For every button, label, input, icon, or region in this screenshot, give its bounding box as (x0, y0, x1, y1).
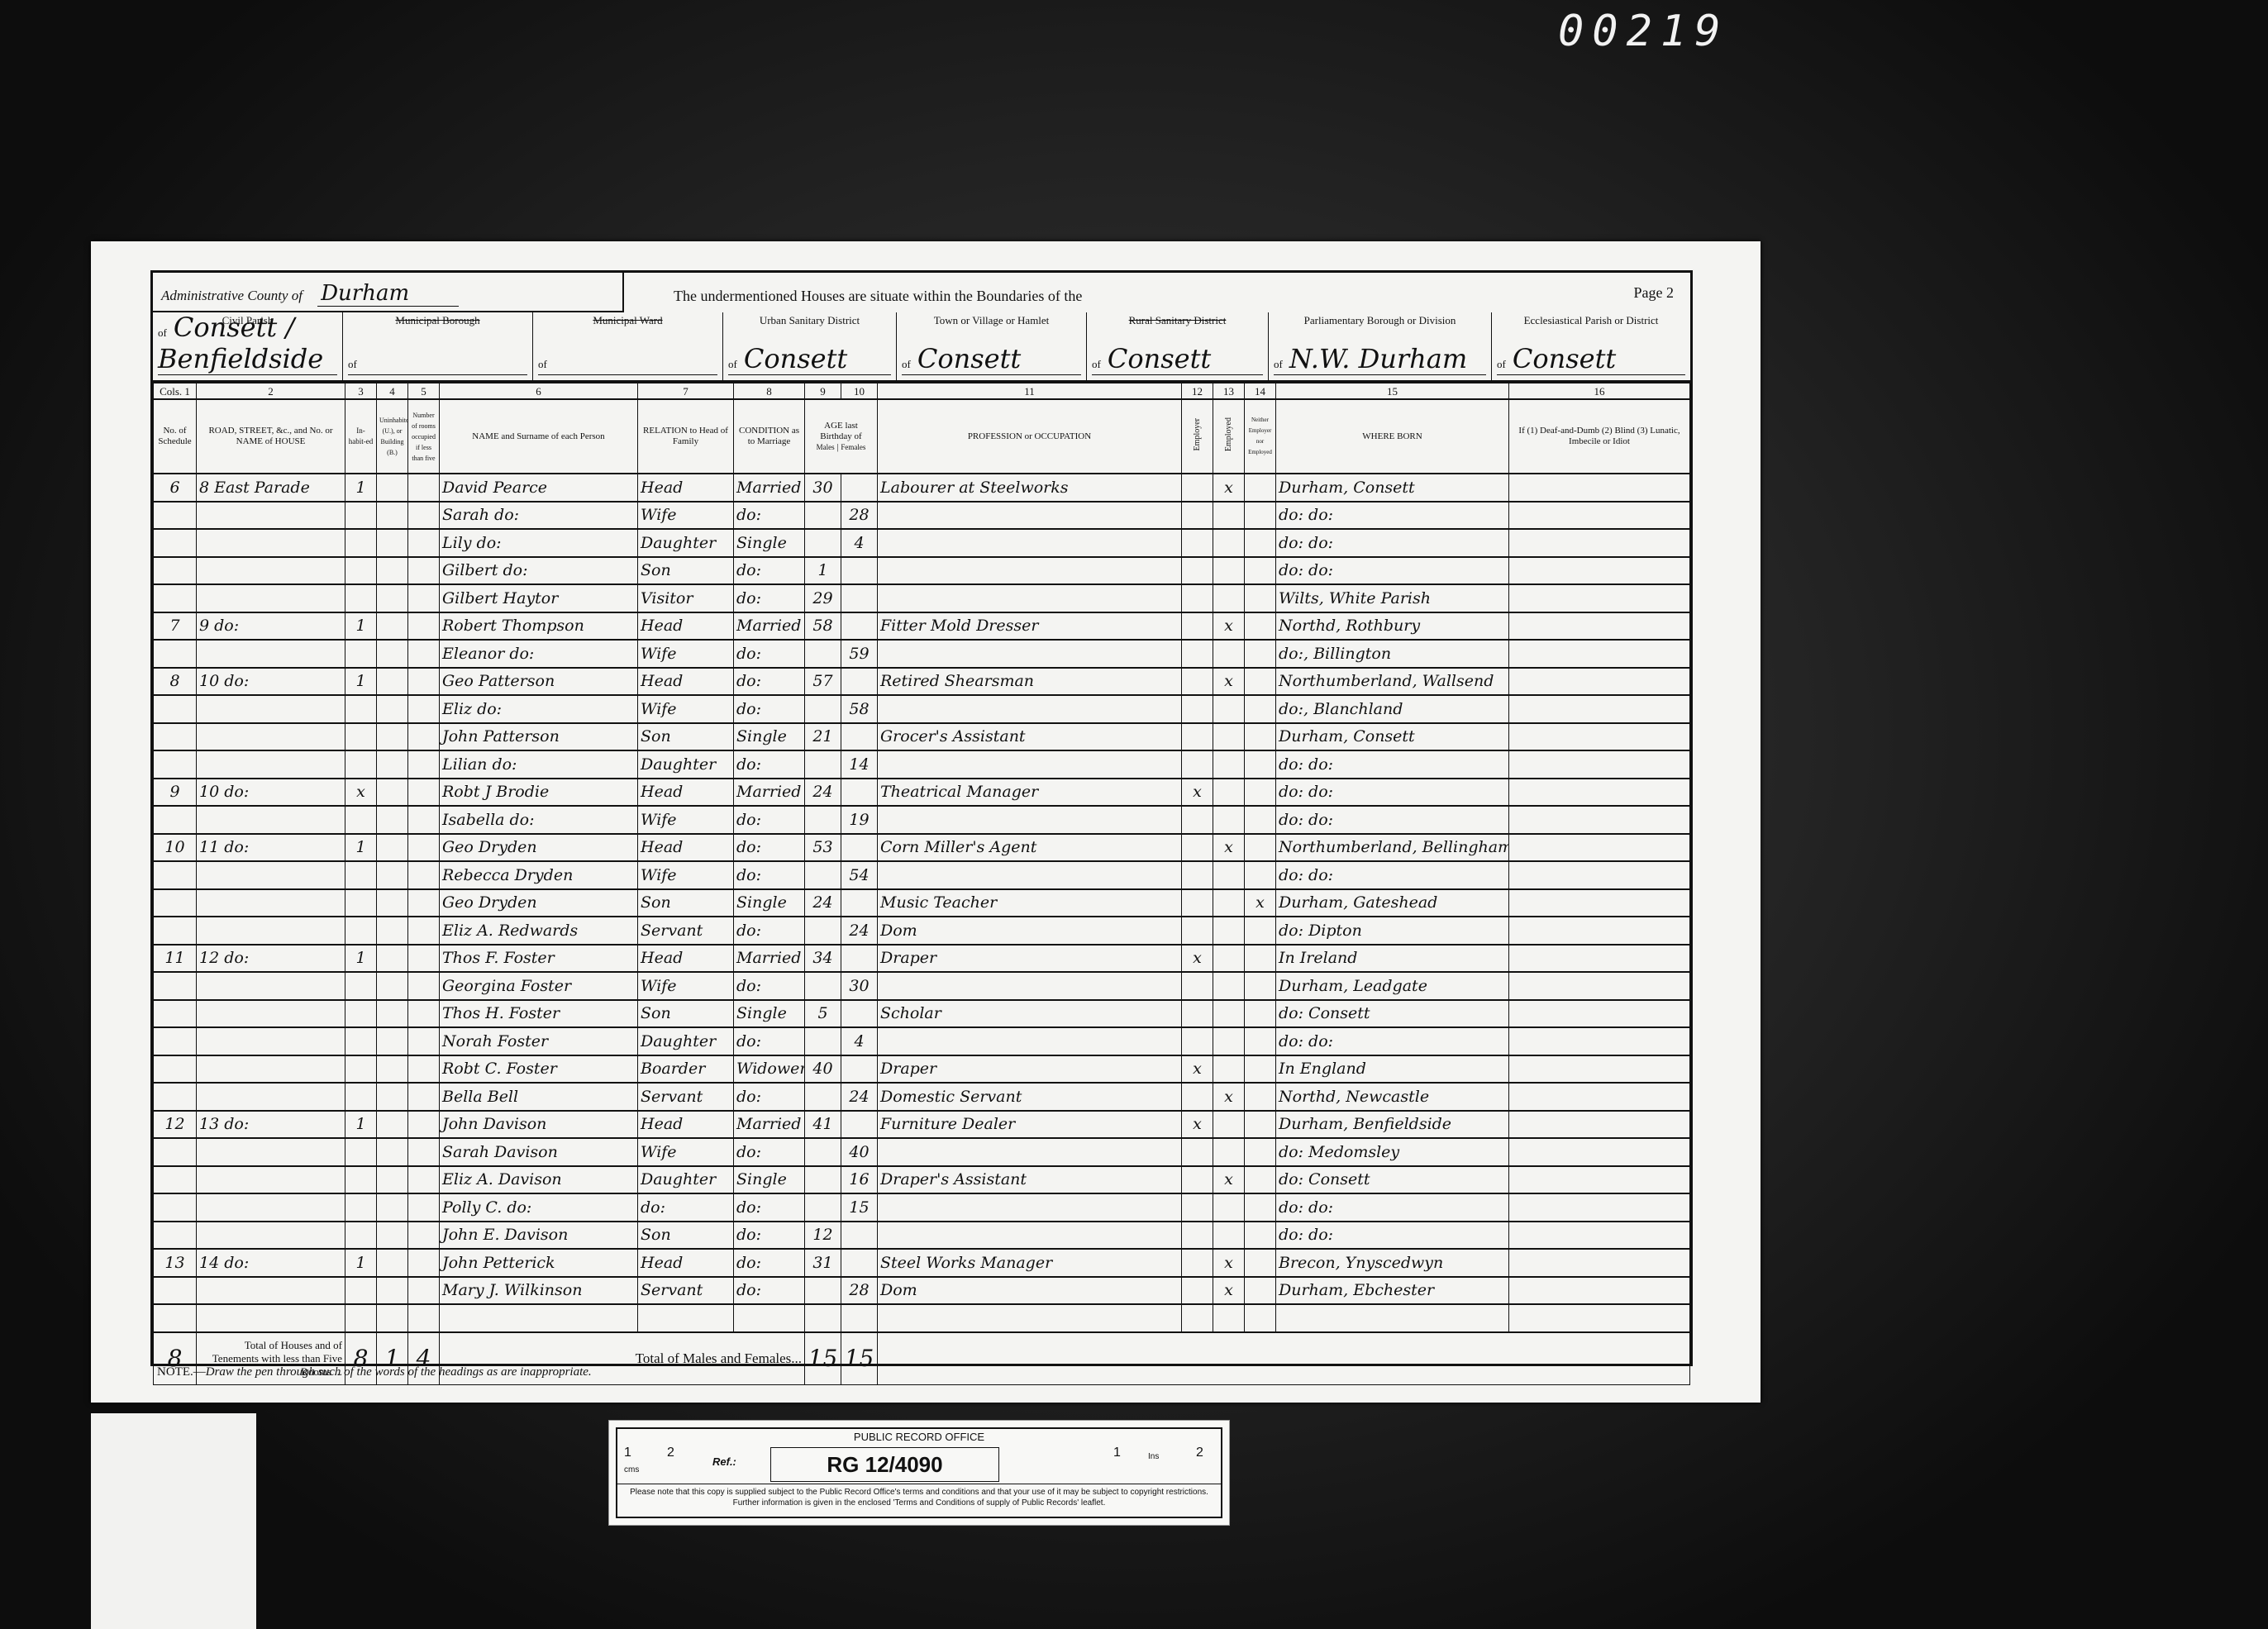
cell-infirmity (1509, 1193, 1690, 1222)
cell-neither (1245, 750, 1276, 779)
cell-relation: Wife (638, 861, 734, 889)
cell-female-age (841, 779, 878, 807)
side-paper-strip (91, 1413, 256, 1629)
census-sheet: Administrative County of Durham The unde… (91, 241, 1761, 1403)
cell-relation: Daughter (638, 1027, 734, 1055)
cell-female-age: 28 (841, 502, 878, 530)
cell-employer (1182, 1138, 1213, 1166)
cell-rooms (408, 889, 440, 917)
cell-employer: x (1182, 945, 1213, 973)
census-row: Sarah do:Wifedo:28do: do: (154, 502, 1690, 530)
cell-employed (1213, 502, 1245, 530)
cell-occupation: Dom (878, 1277, 1182, 1305)
cell-name: Sarah Davison (440, 1138, 638, 1166)
cell-inhabited (345, 1166, 377, 1194)
cell-employer (1182, 1304, 1213, 1332)
census-row: 1011 do:1Geo DrydenHeaddo:53Corn Miller'… (154, 834, 1690, 862)
cell-relation: Head (638, 612, 734, 641)
district-label: Urban Sanitary District (728, 314, 891, 326)
cell-schedule (154, 723, 197, 751)
cell-infirmity (1509, 584, 1690, 612)
pro-reference-label: PUBLIC RECORD OFFICE 1 2 cms Ref.: RG 12… (608, 1420, 1230, 1526)
cell-name (440, 1304, 638, 1332)
total-males: 15 (805, 1332, 841, 1385)
cell-female-age: 28 (841, 1277, 878, 1305)
cell-inhabited (345, 889, 377, 917)
cell-employed (1213, 584, 1245, 612)
column-number: 9 (805, 383, 841, 400)
cell-uninhabited (377, 1055, 408, 1084)
cell-born: Brecon, Ynyscedwyn (1276, 1249, 1509, 1277)
cell-road (197, 972, 345, 1000)
census-row: John PattersonSonSingle21Grocer's Assist… (154, 723, 1690, 751)
cell-occupation (878, 584, 1182, 612)
cell-occupation (878, 1222, 1182, 1250)
cell-road (197, 917, 345, 945)
cell-male-age: 29 (805, 584, 841, 612)
cell-female-age (841, 474, 878, 502)
cell-inhabited (345, 584, 377, 612)
cell-name: John Patterson (440, 723, 638, 751)
cell-inhabited: 1 (345, 1249, 377, 1277)
cell-name: Geo Dryden (440, 834, 638, 862)
cell-name: Isabella do: (440, 806, 638, 834)
cell-occupation: Corn Miller's Agent (878, 834, 1182, 862)
note-label: NOTE.— (157, 1365, 206, 1379)
cell-schedule (154, 529, 197, 557)
cell-female-age (841, 668, 878, 696)
cell-male-age: 1 (805, 557, 841, 585)
note-text: Draw the pen through such of the words o… (206, 1365, 592, 1379)
cell-born: Durham, Gateshead (1276, 889, 1509, 917)
cell-inhabited (345, 750, 377, 779)
cell-employed (1213, 1027, 1245, 1055)
cell-employed (1213, 640, 1245, 668)
census-row: 1213 do:1John DavisonHeadMarried41Furnit… (154, 1111, 1690, 1139)
cell-inhabited (345, 1222, 377, 1250)
cell-relation: Son (638, 1222, 734, 1250)
cell-neither (1245, 557, 1276, 585)
cell-inhabited (345, 557, 377, 585)
district-parliamentary-borough-or-division: Parliamentary Borough or DivisionofN.W. … (1269, 312, 1492, 380)
cell-occupation: Dom (878, 917, 1182, 945)
cell-occupation (878, 972, 1182, 1000)
cell-infirmity (1509, 668, 1690, 696)
cell-employer (1182, 1249, 1213, 1277)
cell-born: In Ireland (1276, 945, 1509, 973)
cell-male-age (805, 750, 841, 779)
column-number: 3 (345, 383, 377, 400)
cell-employed (1213, 1000, 1245, 1028)
cell-relation: Servant (638, 1083, 734, 1111)
cell-infirmity (1509, 1083, 1690, 1111)
column-number: 7 (638, 383, 734, 400)
cell-male-age (805, 1304, 841, 1332)
cell-employer (1182, 474, 1213, 502)
cell-occupation (878, 750, 1182, 779)
cell-neither (1245, 1166, 1276, 1194)
cell-schedule (154, 806, 197, 834)
cell-female-age: 4 (841, 529, 878, 557)
cell-infirmity (1509, 861, 1690, 889)
cell-female-age (841, 584, 878, 612)
cell-occupation (878, 640, 1182, 668)
cell-uninhabited (377, 917, 408, 945)
cell-employer (1182, 1166, 1213, 1194)
cell-name: Eliz A. Redwards (440, 917, 638, 945)
district-rural-sanitary-district: Rural Sanitary DistrictofConsett (1087, 312, 1269, 380)
cell-condition: do: (734, 502, 805, 530)
cell-name: Robt C. Foster (440, 1055, 638, 1084)
cell-neither (1245, 502, 1276, 530)
cell-neither (1245, 917, 1276, 945)
census-row: Lilian do:Daughterdo:14do: do: (154, 750, 1690, 779)
cell-uninhabited (377, 668, 408, 696)
census-row: Geo DrydenSonSingle24Music TeacherxDurha… (154, 889, 1690, 917)
cell-relation: Daughter (638, 529, 734, 557)
cell-schedule (154, 502, 197, 530)
cell-neither (1245, 806, 1276, 834)
cell-neither (1245, 779, 1276, 807)
census-row: 1314 do:1John PetterickHeaddo:31Steel Wo… (154, 1249, 1690, 1277)
scale-in-1: 1 (1113, 1446, 1121, 1460)
cell-infirmity (1509, 502, 1690, 530)
cell-relation: Son (638, 1000, 734, 1028)
cell-name: Georgina Foster (440, 972, 638, 1000)
heading-name: NAME and Surname of each Person (440, 399, 638, 474)
cell-born: Durham, Benfieldside (1276, 1111, 1509, 1139)
scale-cm-1: 1 (624, 1446, 631, 1460)
column-number: 15 (1276, 383, 1509, 400)
cell-female-age (841, 612, 878, 641)
cell-neither (1245, 723, 1276, 751)
cell-condition: Single (734, 723, 805, 751)
cell-schedule (154, 1138, 197, 1166)
cell-female-age (841, 1055, 878, 1084)
cell-name: John Petterick (440, 1249, 638, 1277)
cell-male-age (805, 917, 841, 945)
census-row: Rebecca DrydenWifedo:54do: do: (154, 861, 1690, 889)
cell-rooms (408, 668, 440, 696)
cell-employed: x (1213, 1166, 1245, 1194)
cell-condition: Married (734, 1111, 805, 1139)
cell-infirmity (1509, 1111, 1690, 1139)
column-headings: No. of Schedule ROAD, STREET, &c., and N… (154, 399, 1690, 474)
cell-occupation: Draper (878, 945, 1182, 973)
cell-name: Polly C. do: (440, 1193, 638, 1222)
cell-male-age: 34 (805, 945, 841, 973)
cell-employer (1182, 806, 1213, 834)
cell-infirmity (1509, 750, 1690, 779)
census-row: Georgina FosterWifedo:30Durham, Leadgate (154, 972, 1690, 1000)
cell-infirmity (1509, 1304, 1690, 1332)
cell-infirmity (1509, 1138, 1690, 1166)
cell-neither (1245, 1249, 1276, 1277)
cell-infirmity (1509, 557, 1690, 585)
cell-employer (1182, 972, 1213, 1000)
page-number: Page 2 (1634, 284, 1675, 302)
cell-inhabited (345, 861, 377, 889)
cell-road: 8 East Parade (197, 474, 345, 502)
cell-female-age: 24 (841, 917, 878, 945)
cell-occupation (878, 1138, 1182, 1166)
admin-county-label: Administrative County of (161, 288, 303, 303)
cell-condition: do: (734, 557, 805, 585)
cell-infirmity (1509, 972, 1690, 1000)
census-row: Polly C. do:do:do:15do: do: (154, 1193, 1690, 1222)
cell-employer (1182, 640, 1213, 668)
cell-schedule: 12 (154, 1111, 197, 1139)
cell-female-age: 30 (841, 972, 878, 1000)
cell-condition: do: (734, 1138, 805, 1166)
cell-inhabited (345, 1083, 377, 1111)
cell-occupation: Steel Works Manager (878, 1249, 1182, 1277)
cell-occupation: Furniture Dealer (878, 1111, 1182, 1139)
heading-age: AGE last Birthday ofMales | Females (805, 399, 878, 474)
census-row: Eliz A. RedwardsServantdo:24Domdo: Dipto… (154, 917, 1690, 945)
cell-road (197, 1277, 345, 1305)
cell-schedule (154, 1193, 197, 1222)
cell-born: do: do: (1276, 529, 1509, 557)
cell-name: Geo Dryden (440, 889, 638, 917)
cell-employer: x (1182, 1111, 1213, 1139)
cell-infirmity (1509, 474, 1690, 502)
cell-female-age: 59 (841, 640, 878, 668)
cell-road: 13 do: (197, 1111, 345, 1139)
cell-employed (1213, 779, 1245, 807)
cell-road (197, 723, 345, 751)
cell-name: Gilbert do: (440, 557, 638, 585)
cell-female-age: 54 (841, 861, 878, 889)
cell-occupation (878, 861, 1182, 889)
cell-road (197, 1138, 345, 1166)
cell-road (197, 1055, 345, 1084)
cell-condition: Married (734, 945, 805, 973)
cell-rooms (408, 1166, 440, 1194)
cell-inhabited (345, 640, 377, 668)
cell-employer (1182, 668, 1213, 696)
cell-infirmity (1509, 612, 1690, 641)
cell-born: do:, Blanchland (1276, 695, 1509, 723)
cell-road (197, 695, 345, 723)
cell-condition: do: (734, 750, 805, 779)
cell-name: Robt J Brodie (440, 779, 638, 807)
cell-rooms (408, 640, 440, 668)
district-ecclesiastical-parish-or-district: Ecclesiastical Parish or DistrictofConse… (1492, 312, 1690, 380)
cell-male-age: 12 (805, 1222, 841, 1250)
cell-employer (1182, 557, 1213, 585)
cell-occupation (878, 1193, 1182, 1222)
ref-label: Ref.: (712, 1455, 736, 1468)
cell-schedule (154, 917, 197, 945)
cell-rooms (408, 1083, 440, 1111)
cell-road: 12 do: (197, 945, 345, 973)
cell-neither (1245, 972, 1276, 1000)
cell-relation: Head (638, 1249, 734, 1277)
census-row: Sarah DavisonWifedo:40do: Medomsley (154, 1138, 1690, 1166)
cell-born: do: do: (1276, 779, 1509, 807)
cell-female-age (841, 1111, 878, 1139)
cell-name: Mary J. Wilkinson (440, 1277, 638, 1305)
column-number: 10 (841, 383, 878, 400)
cell-road (197, 861, 345, 889)
cell-relation: Boarder (638, 1055, 734, 1084)
cell-road (197, 750, 345, 779)
cell-infirmity (1509, 806, 1690, 834)
cell-rooms (408, 474, 440, 502)
census-row: Isabella do:Wifedo:19do: do: (154, 806, 1690, 834)
cell-male-age (805, 1193, 841, 1222)
copyright-notice: Please note that this copy is supplied s… (621, 1487, 1217, 1508)
census-table: Cols. 12345678910111213141516 No. of Sch… (153, 383, 1690, 1385)
cell-male-age: 5 (805, 1000, 841, 1028)
cell-name: Geo Patterson (440, 668, 638, 696)
cell-male-age (805, 1166, 841, 1194)
cell-infirmity (1509, 1000, 1690, 1028)
cell-neither (1245, 640, 1276, 668)
cell-rooms (408, 1249, 440, 1277)
census-row: Eleanor do:Wifedo:59do:, Billington (154, 640, 1690, 668)
cell-employed (1213, 861, 1245, 889)
cell-infirmity (1509, 945, 1690, 973)
cell-condition: Married (734, 612, 805, 641)
census-row: Mary J. WilkinsonServantdo:28DomxDurham,… (154, 1277, 1690, 1305)
census-row: Gilbert HaytorVisitordo:29Wilts, White P… (154, 584, 1690, 612)
cell-condition: Single (734, 889, 805, 917)
cell-occupation (878, 806, 1182, 834)
cell-female-age: 15 (841, 1193, 878, 1222)
cell-employer (1182, 1222, 1213, 1250)
cell-schedule (154, 557, 197, 585)
cell-occupation: Fitter Mold Dresser (878, 612, 1182, 641)
district-label: Rural Sanitary District (1092, 314, 1263, 326)
cell-inhabited: 1 (345, 668, 377, 696)
cell-male-age (805, 640, 841, 668)
cell-rooms (408, 695, 440, 723)
cell-neither (1245, 861, 1276, 889)
cell-condition: do: (734, 1027, 805, 1055)
cell-employed (1213, 1304, 1245, 1332)
cell-male-age (805, 972, 841, 1000)
cell-road (197, 1027, 345, 1055)
cell-schedule (154, 584, 197, 612)
ref-value: RG 12/4090 (770, 1447, 999, 1482)
cell-neither (1245, 834, 1276, 862)
district-label: Parliamentary Borough or Division (1274, 314, 1486, 326)
cell-road (197, 557, 345, 585)
cell-occupation: Scholar (878, 1000, 1182, 1028)
cell-employed: x (1213, 612, 1245, 641)
cell-born: Northumberland, Wallsend (1276, 668, 1509, 696)
district-town-or-village-or-hamlet: Town or Village or HamletofConsett (897, 312, 1087, 380)
cell-inhabited: 1 (345, 945, 377, 973)
cell-employed: x (1213, 474, 1245, 502)
cell-female-age (841, 1249, 878, 1277)
cell-employer (1182, 917, 1213, 945)
cell-employer (1182, 889, 1213, 917)
cell-born: Durham, Leadgate (1276, 972, 1509, 1000)
cell-male-age (805, 1277, 841, 1305)
cell-female-age (841, 834, 878, 862)
cell-uninhabited (377, 889, 408, 917)
cell-inhabited (345, 1138, 377, 1166)
cell-infirmity (1509, 1166, 1690, 1194)
cell-rooms (408, 1027, 440, 1055)
cell-relation: Head (638, 945, 734, 973)
cell-born: do:, Billington (1276, 640, 1509, 668)
cell-condition: Widower (734, 1055, 805, 1084)
cell-schedule (154, 1027, 197, 1055)
cell-female-age (841, 889, 878, 917)
cell-relation: Head (638, 474, 734, 502)
cell-rooms (408, 972, 440, 1000)
cell-condition: do: (734, 668, 805, 696)
cell-relation: Servant (638, 917, 734, 945)
cell-born (1276, 1304, 1509, 1332)
census-row: 1112 do:1Thos F. FosterHeadMarried34Drap… (154, 945, 1690, 973)
cell-employed (1213, 750, 1245, 779)
cell-inhabited (345, 723, 377, 751)
cell-road (197, 1166, 345, 1194)
district-label: Ecclesiastical Parish or District (1497, 314, 1685, 326)
cell-employer (1182, 1027, 1213, 1055)
census-row: Norah FosterDaughterdo:4do: do: (154, 1027, 1690, 1055)
district-municipal-ward: Municipal Wardof (533, 312, 723, 380)
cell-neither (1245, 1304, 1276, 1332)
cell-rooms (408, 1193, 440, 1222)
census-row: Eliz A. DavisonDaughterSingle16Draper's … (154, 1166, 1690, 1194)
cell-born: Northd, Newcastle (1276, 1083, 1509, 1111)
cell-inhabited (345, 695, 377, 723)
column-number: 11 (878, 383, 1182, 400)
cell-schedule: 7 (154, 612, 197, 641)
cell-road (197, 1000, 345, 1028)
cell-employer (1182, 1193, 1213, 1222)
cell-female-age: 58 (841, 695, 878, 723)
cell-condition: do: (734, 1193, 805, 1222)
cell-road (197, 806, 345, 834)
cell-name: Rebecca Dryden (440, 861, 638, 889)
heading-occupation: PROFESSION or OCCUPATION (878, 399, 1182, 474)
cell-name: Gilbert Haytor (440, 584, 638, 612)
cell-condition: do: (734, 834, 805, 862)
cell-rooms (408, 806, 440, 834)
cell-schedule (154, 1000, 197, 1028)
district-value: ofConsett (1092, 343, 1263, 375)
heading-employed: Employed (1213, 399, 1245, 474)
cell-uninhabited (377, 945, 408, 973)
cell-employed: x (1213, 1083, 1245, 1111)
cell-uninhabited (377, 1138, 408, 1166)
cell-condition: do: (734, 640, 805, 668)
cell-born: do: do: (1276, 1222, 1509, 1250)
cell-employer (1182, 1083, 1213, 1111)
cell-occupation: Theatrical Manager (878, 779, 1182, 807)
heading-infirmity: If (1) Deaf-and-Dumb (2) Blind (3) Lunat… (1509, 399, 1690, 474)
cell-infirmity (1509, 917, 1690, 945)
cell-infirmity (1509, 723, 1690, 751)
cell-inhabited (345, 1193, 377, 1222)
cell-occupation: Music Teacher (878, 889, 1182, 917)
cell-employer (1182, 584, 1213, 612)
cell-uninhabited (377, 1277, 408, 1305)
cell-infirmity (1509, 889, 1690, 917)
cell-employed (1213, 806, 1245, 834)
cell-condition: Single (734, 529, 805, 557)
admin-county-value: Durham (317, 281, 459, 307)
cell-name: Robert Thompson (440, 612, 638, 641)
census-row: Eliz do:Wifedo:58do:, Blanchland (154, 695, 1690, 723)
